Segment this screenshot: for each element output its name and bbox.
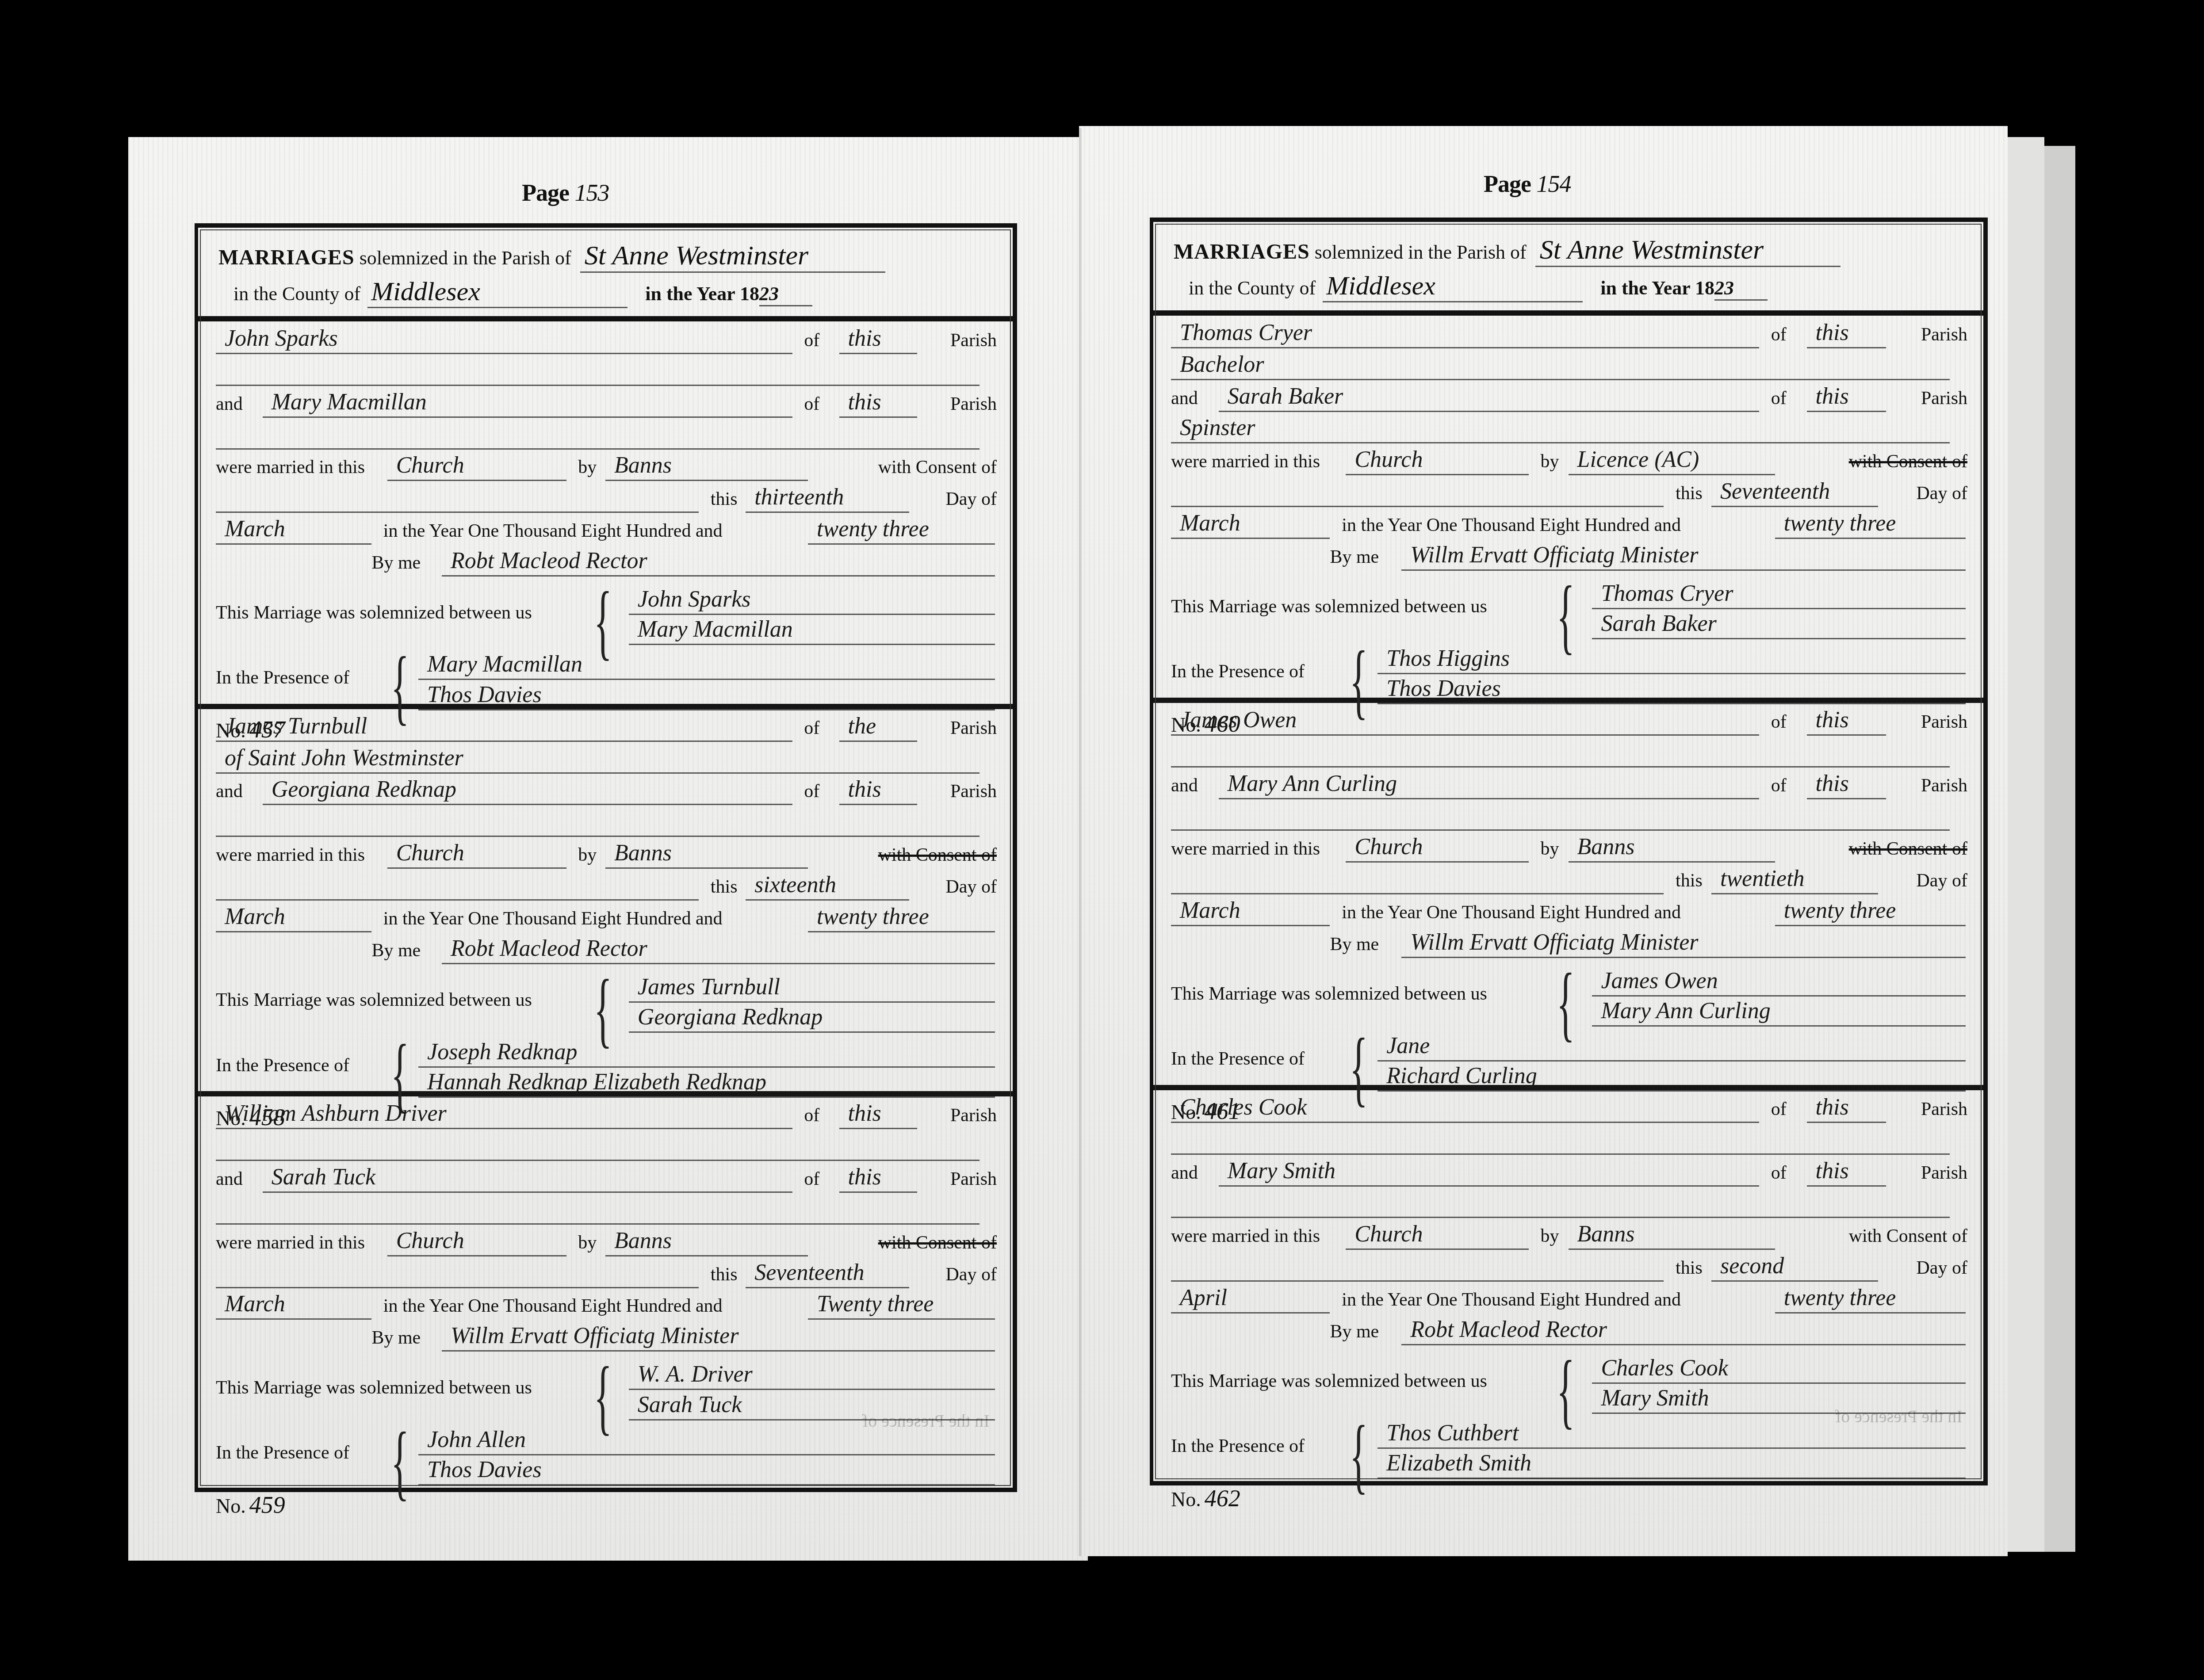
year-label: in the Year 18 <box>1600 277 1714 299</box>
month-value: March <box>216 514 371 545</box>
number-label: No. <box>1171 1488 1201 1511</box>
day-of-label: Day of <box>1917 1257 1967 1279</box>
of-label: of <box>1771 324 1787 346</box>
bride-parish-value: this <box>1807 768 1886 799</box>
parish-label: Parish <box>950 393 997 415</box>
in-presence-label: In the Presence of <box>216 667 349 698</box>
bride-condition-row <box>216 1197 997 1228</box>
bride-name: Sarah Tuck <box>263 1162 792 1193</box>
by-me-label: By me <box>371 552 421 574</box>
bride-name: Mary Ann Curling <box>1219 768 1759 799</box>
month-value: March <box>216 1289 371 1320</box>
bride-condition-row <box>216 809 997 840</box>
by-value: Banns <box>1569 1219 1775 1250</box>
groom-condition-row <box>1171 1127 1967 1158</box>
groom-condition: Bachelor <box>1171 349 1950 380</box>
by-label: by <box>578 1232 597 1254</box>
bride-name: Mary Macmillan <box>263 387 792 418</box>
this-label: this <box>711 876 738 898</box>
signature: James Turnbull <box>629 972 995 1003</box>
groom-condition-row: Bachelor <box>1171 353 1967 384</box>
in-presence-label: In the Presence of <box>1171 661 1305 691</box>
of-label: of <box>804 329 819 351</box>
groom-row: Charles CookofthisParish <box>1171 1096 1967 1126</box>
bride-condition <box>216 806 980 837</box>
of-label: of <box>804 1104 819 1126</box>
parish-label: solemnized in the Parish of <box>1315 241 1527 263</box>
groom-condition-row <box>216 1134 997 1165</box>
officiant-value: Robt Macleod Rector <box>442 546 995 577</box>
year-words-value: twenty three <box>1775 1283 1966 1313</box>
in-the-year-label: in the Year One Thousand Eight Hundred a… <box>1342 514 1681 536</box>
place-value: Church <box>1346 832 1528 863</box>
groom-parish-value: the <box>839 711 917 742</box>
parish-label: Parish <box>950 329 997 351</box>
bride-row: andSarah TuckofthisParish <box>216 1165 997 1196</box>
bride-name: Mary Smith <box>1219 1156 1759 1187</box>
county-label: in the County of <box>233 283 360 305</box>
with-consent-label: with Consent of <box>1849 451 1967 473</box>
bride-condition <box>216 1194 980 1225</box>
married-in-row: were married in thisChurchbyBannswith Co… <box>216 1229 997 1260</box>
parish-label: Parish <box>1921 775 1967 797</box>
bride-condition <box>1171 800 1950 831</box>
were-married-label: were married in this <box>1171 451 1320 473</box>
groom-row: Thomas CryerofthisParish <box>1171 321 1967 352</box>
officiant-value: Willm Ervatt Officiatg Minister <box>442 1321 995 1352</box>
entry-number: No.459 <box>216 1491 285 1519</box>
groom-parish-value: this <box>839 323 917 354</box>
this-label: this <box>1676 870 1703 892</box>
day-value: Seventeenth <box>1711 476 1878 507</box>
day-of-label: Day of <box>1917 870 1967 892</box>
header-county-line: in the County ofMiddlesexin the Year 182… <box>1189 271 1768 302</box>
place-value: Church <box>387 838 566 869</box>
marriages-heading: MARRIAGES <box>1174 240 1310 263</box>
month-value: April <box>1171 1283 1330 1313</box>
witness: Elizabeth Smith <box>1377 1448 1966 1479</box>
in-presence-label: In the Presence of <box>1171 1435 1305 1466</box>
bride-name: Sarah Baker <box>1219 381 1759 412</box>
month-year-row: Marchin the Year One Thousand Eight Hund… <box>216 517 997 548</box>
by-me-label: By me <box>1330 933 1379 955</box>
page-number-right: Page 154 <box>1484 170 1571 198</box>
with-consent-label: with Consent of <box>878 844 997 866</box>
signature: John Sparks <box>629 584 995 615</box>
year-words-value: twenty three <box>808 514 995 545</box>
marriage-entry: John SparksofthisParishandMary Macmillan… <box>198 316 1013 709</box>
with-consent-label: with Consent of <box>878 1232 997 1254</box>
by-me-label: By me <box>1330 1321 1379 1343</box>
parish-label: Parish <box>950 1104 997 1126</box>
county-value: Middlesex <box>1323 271 1583 302</box>
day-value: sixteenth <box>746 870 909 901</box>
signature: W. A. Driver <box>629 1359 995 1390</box>
by-value: Licence (AC) <box>1569 444 1775 475</box>
by-label: by <box>1541 451 1559 473</box>
parish-label: Parish <box>950 1168 997 1190</box>
of-label: of <box>804 1168 819 1190</box>
groom-name: James Owen <box>1171 705 1759 736</box>
parish-value: St Anne Westminster <box>1535 234 1840 267</box>
were-married-label: were married in this <box>216 1232 365 1254</box>
with-consent-label: with Consent of <box>878 456 997 478</box>
bride-condition-row <box>216 422 997 453</box>
signature: Thomas Cryer <box>1592 578 1966 609</box>
signature: Mary Macmillan <box>629 614 995 645</box>
groom-condition: of Saint John Westminster <box>216 743 980 774</box>
month-value: March <box>216 901 371 932</box>
bride-name: Georgiana Redknap <box>263 774 792 805</box>
day-of-label: Day of <box>1917 482 1967 504</box>
bride-row: andMary SmithofthisParish <box>1171 1159 1967 1190</box>
groom-parish-value: this <box>1807 1092 1886 1123</box>
day-value: twentieth <box>1711 863 1878 894</box>
county-value: Middlesex <box>367 276 628 308</box>
parish-label: Parish <box>1921 324 1967 346</box>
witness: Thos Higgins <box>1377 643 1966 674</box>
signature: Mary Ann Curling <box>1592 996 1966 1027</box>
groom-row: James TurnbulloftheParish <box>216 714 997 745</box>
page-label-text: Page <box>522 179 569 206</box>
parish-label: Parish <box>1921 1098 1967 1120</box>
parish-label: Parish <box>1921 1162 1967 1184</box>
by-me-label: By me <box>1330 546 1379 568</box>
blank-line <box>1171 1251 1664 1282</box>
by-label: by <box>1541 838 1559 860</box>
month-value: March <box>1171 508 1330 539</box>
were-married-label: were married in this <box>1171 1225 1320 1247</box>
year-value: 23 <box>759 283 812 306</box>
bride-parish-value: this <box>839 774 917 805</box>
parish-label: Parish <box>1921 387 1967 409</box>
in-the-year-label: in the Year One Thousand Eight Hundred a… <box>383 908 723 930</box>
bride-condition <box>1171 1187 1950 1218</box>
blank-line <box>216 482 699 513</box>
day-row: thisSeventeenthDay of <box>216 1261 997 1292</box>
of-label: of <box>1771 1098 1787 1120</box>
bride-parish-value: this <box>839 387 917 418</box>
married-in-row: were married in thisChurchbyBannswith Co… <box>216 454 997 485</box>
blank-line <box>216 1257 699 1288</box>
by-label: by <box>1541 1225 1559 1247</box>
year-words-value: Twenty three <box>808 1289 995 1320</box>
bride-condition: Spinster <box>1171 412 1950 443</box>
blank-line <box>1171 863 1664 894</box>
signature: Sarah Baker <box>1592 608 1966 639</box>
day-value: thirteenth <box>746 482 909 513</box>
month-year-row: Aprilin the Year One Thousand Eight Hund… <box>1171 1286 1967 1317</box>
by-value: Banns <box>605 450 808 481</box>
marriage-entry: James OwenofthisParishandMary Ann Curlin… <box>1153 698 1983 1090</box>
bride-condition <box>216 419 980 450</box>
witness: Joseph Redknap <box>418 1037 995 1068</box>
married-in-row: were married in thisChurchbyBannswith Co… <box>216 841 997 872</box>
groom-condition-row <box>1171 740 1967 771</box>
year-value: 23 <box>1714 277 1768 301</box>
and-label: and <box>216 393 243 415</box>
bleed-through-text: In the Presence of <box>862 1410 990 1431</box>
signature: Charles Cook <box>1592 1353 1966 1384</box>
bride-parish-value: this <box>1807 1156 1886 1187</box>
witness: Thos Davies <box>418 1455 995 1485</box>
blank-line <box>1171 476 1664 507</box>
by-me-label: By me <box>371 939 421 962</box>
day-row: thissixteenthDay of <box>216 873 997 904</box>
bride-row: andGeorgiana RedknapofthisParish <box>216 778 997 809</box>
month-year-row: Marchin the Year One Thousand Eight Hund… <box>216 905 997 936</box>
and-label: and <box>216 780 243 802</box>
of-label: of <box>1771 711 1787 733</box>
were-married-label: were married in this <box>216 456 365 478</box>
blank-line <box>216 870 699 901</box>
number-value: 459 <box>249 1492 285 1518</box>
groom-condition-row: of Saint John Westminster <box>216 746 997 777</box>
place-value: Church <box>387 450 566 481</box>
groom-condition <box>216 355 980 386</box>
groom-name: Charles Cook <box>1171 1092 1759 1123</box>
and-label: and <box>1171 1162 1198 1184</box>
groom-row: James OwenofthisParish <box>1171 708 1967 739</box>
month-value: March <box>1171 895 1330 926</box>
register-header: MARRIAGES solemnized in the Parish ofSt … <box>198 228 1013 321</box>
this-label: this <box>711 1264 738 1286</box>
officiant-value: Willm Ervatt Officiatg Minister <box>1401 540 1966 571</box>
day-value: second <box>1711 1251 1878 1282</box>
in-presence-label: In the Presence of <box>216 1442 349 1473</box>
bleed-through-text: In the Presence of <box>1835 1406 1963 1427</box>
were-married-label: were married in this <box>216 844 365 866</box>
with-consent-label: with Consent of <box>1849 838 1967 860</box>
in-presence-label: In the Presence of <box>1171 1048 1305 1079</box>
parish-value: St Anne Westminster <box>580 240 885 273</box>
in-the-year-label: in the Year One Thousand Eight Hundred a… <box>383 520 723 542</box>
by-value: Banns <box>1569 832 1775 863</box>
parish-label: Parish <box>950 717 997 739</box>
signature: James Owen <box>1592 966 1966 997</box>
were-married-label: were married in this <box>1171 838 1320 860</box>
groom-condition <box>1171 737 1950 767</box>
and-label: and <box>1171 775 1198 797</box>
in-the-year-label: in the Year One Thousand Eight Hundred a… <box>383 1295 723 1317</box>
year-words-value: twenty three <box>1775 508 1966 539</box>
by-label: by <box>578 844 597 866</box>
and-label: and <box>216 1168 243 1190</box>
page-number-value: 153 <box>574 179 609 206</box>
groom-name: John Sparks <box>216 323 792 354</box>
day-value: Seventeenth <box>746 1257 909 1288</box>
year-words-value: twenty three <box>1775 895 1966 926</box>
groom-condition <box>1171 1124 1950 1155</box>
with-consent-label: with Consent of <box>1849 1225 1967 1247</box>
header-parish-line: MARRIAGES solemnized in the Parish ofSt … <box>1174 234 1840 267</box>
witness: Mary Macmillan <box>418 649 995 680</box>
parish-label: Parish <box>950 780 997 802</box>
of-label: of <box>804 393 819 415</box>
brace-icon: { <box>1350 1413 1368 1497</box>
bride-condition-row <box>1171 803 1967 834</box>
in-the-year-label: in the Year One Thousand Eight Hundred a… <box>1342 901 1681 924</box>
of-label: of <box>1771 775 1787 797</box>
number-value: 462 <box>1205 1485 1240 1512</box>
groom-condition <box>216 1130 980 1161</box>
day-of-label: Day of <box>946 488 997 510</box>
day-row: thisSeventeenthDay of <box>1171 480 1967 511</box>
officiant-value: Robt Macleod Rector <box>442 933 995 964</box>
groom-parish-value: this <box>1807 705 1886 736</box>
header-parish-line: MARRIAGES solemnized in the Parish ofSt … <box>218 240 885 273</box>
by-value: Banns <box>605 1226 808 1256</box>
by-me-label: By me <box>371 1327 421 1349</box>
parish-label: Parish <box>1921 711 1967 733</box>
married-in-row: were married in thisChurchbyBannswith Co… <box>1171 835 1967 866</box>
place-value: Church <box>1346 1219 1528 1250</box>
in-presence-label: In the Presence of <box>216 1054 349 1085</box>
month-year-row: Marchin the Year One Thousand Eight Hund… <box>1171 899 1967 930</box>
day-row: thisthirteenthDay of <box>216 485 997 516</box>
officiant-value: Robt Macleod Rector <box>1401 1314 1966 1345</box>
groom-row: William Ashburn DriverofthisParish <box>216 1102 997 1133</box>
day-of-label: Day of <box>946 876 997 898</box>
groom-row: John SparksofthisParish <box>216 327 997 358</box>
signature: Georgiana Redknap <box>629 1002 995 1033</box>
witness: Jane <box>1377 1031 1966 1061</box>
bride-parish-value: this <box>839 1162 917 1193</box>
groom-name: William Ashburn Driver <box>216 1098 792 1129</box>
married-in-row: were married in thisChurchbyLicence (AC)… <box>1171 448 1967 479</box>
by-label: by <box>578 456 597 478</box>
this-label: this <box>1676 1257 1703 1279</box>
month-year-row: Marchin the Year One Thousand Eight Hund… <box>216 1292 997 1323</box>
groom-parish-value: this <box>839 1098 917 1129</box>
place-value: Church <box>387 1226 566 1256</box>
day-row: thissecondDay of <box>1171 1254 1967 1285</box>
this-label: this <box>711 488 738 510</box>
brace-icon: { <box>391 1420 409 1504</box>
marriages-heading: MARRIAGES <box>218 246 355 269</box>
bride-condition-row <box>1171 1191 1967 1222</box>
of-label: of <box>804 780 819 802</box>
year-words-value: twenty three <box>808 901 995 932</box>
register-box-left: MARRIAGES solemnized in the Parish ofSt … <box>195 223 1017 1492</box>
parish-label: solemnized in the Parish of <box>360 247 571 269</box>
entry-number: No.462 <box>1171 1485 1240 1512</box>
bride-condition-row: Spinster <box>1171 416 1967 447</box>
register-box-right: MARRIAGES solemnized in the Parish ofSt … <box>1150 218 1988 1485</box>
marriage-entry: James TurnbulloftheParishof Saint John W… <box>198 704 1013 1097</box>
number-label: No. <box>216 1495 246 1517</box>
page-number-value: 154 <box>1536 171 1571 197</box>
married-in-row: were married in thisChurchbyBannswith Co… <box>1171 1222 1967 1253</box>
page-number-left: Page 153 <box>522 179 609 206</box>
page-label-text: Page <box>1484 171 1531 197</box>
of-label: of <box>1771 1162 1787 1184</box>
officiant-value: Willm Ervatt Officiatg Minister <box>1401 927 1966 958</box>
groom-name: James Turnbull <box>216 711 792 742</box>
day-of-label: Day of <box>946 1264 997 1286</box>
header-county-line: in the County ofMiddlesexin the Year 182… <box>233 276 812 308</box>
this-label: this <box>1676 482 1703 504</box>
bride-row: andMary MacmillanofthisParish <box>216 390 997 421</box>
book-gutter <box>1079 128 1082 1556</box>
and-label: and <box>1171 387 1198 409</box>
by-value: Banns <box>605 838 808 869</box>
bride-row: andSarah BakerofthisParish <box>1171 385 1967 416</box>
groom-condition-row <box>216 359 997 389</box>
of-label: of <box>1771 387 1787 409</box>
bride-row: andMary Ann CurlingofthisParish <box>1171 772 1967 803</box>
groom-name: Thomas Cryer <box>1171 317 1759 348</box>
place-value: Church <box>1346 444 1528 475</box>
day-row: thistwentiethDay of <box>1171 867 1967 898</box>
of-label: of <box>804 717 819 739</box>
register-header: MARRIAGES solemnized in the Parish ofSt … <box>1153 222 1983 316</box>
county-label: in the County of <box>1189 277 1316 299</box>
in-the-year-label: in the Year One Thousand Eight Hundred a… <box>1342 1289 1681 1311</box>
marriage-entry: Thomas CryerofthisParishBachelorandSarah… <box>1153 310 1983 703</box>
month-year-row: Marchin the Year One Thousand Eight Hund… <box>1171 512 1967 542</box>
groom-parish-value: this <box>1807 317 1886 348</box>
bride-parish-value: this <box>1807 381 1886 412</box>
year-label: in the Year 18 <box>645 283 759 305</box>
